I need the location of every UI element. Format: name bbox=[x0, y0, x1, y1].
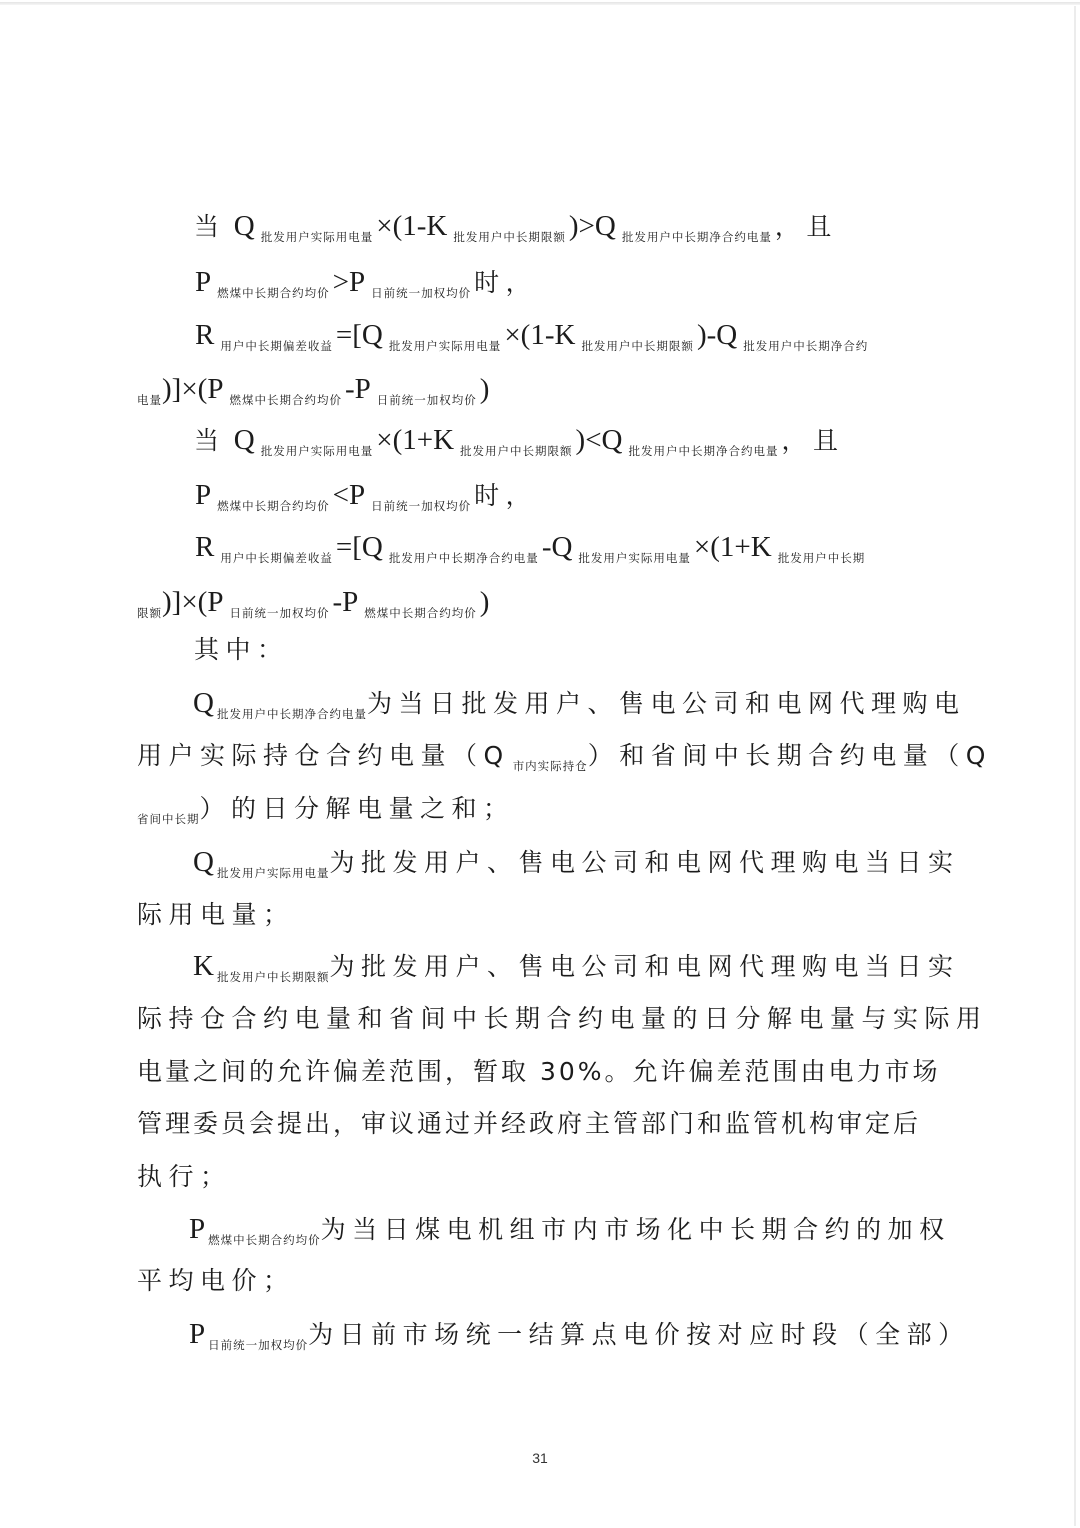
definition-p-coal-contract-line-1: P燃煤中长期合约均价为当日煤电机组市内市场化中长期合约的加权 bbox=[189, 1212, 951, 1257]
definition-k-limit-line-1: K批发用户中长期限额为批发用户、售电公司和电网代理购电当日实 bbox=[193, 949, 959, 994]
definition-k-limit-line-4: 管理委员会提出，审议通过并经政府主管部门和监管机构审定后 bbox=[137, 1107, 921, 1141]
page-number: 31 bbox=[0, 1450, 1080, 1466]
definition-q-actual-usage-line-2: 际用电量； bbox=[137, 898, 295, 932]
condition-2-line-2: P燃煤中长期合约均价<P日前统一加权均价时， bbox=[195, 478, 537, 523]
scan-border-top bbox=[0, 2, 1080, 5]
definition-q-net-contract-line-1: Q批发用户中长期净合约电量为当日批发用户、售电公司和电网代理购电 bbox=[193, 686, 965, 731]
definition-k-limit-line-2: 际持仓合约电量和省间中长期合约电量的日分解电量与实际用 bbox=[137, 1002, 988, 1036]
definition-p-day-ahead-line-1: P日前统一加权均价为日前市场统一结算点电价按对应时段（全部） bbox=[189, 1317, 970, 1362]
formula-2-line-1: R用户中长期偏差收益=[Q批发用户中长期净合约电量-Q批发用户实际用电量×(1+… bbox=[195, 530, 868, 575]
scan-border-right bbox=[1074, 6, 1076, 1526]
formula-1-line-2: 电量)]×(P燃煤中长期合约均价-P日前统一加权均价) bbox=[137, 372, 489, 417]
definition-k-limit-line-3: 电量之间的允许偏差范围，暂取 30%。允许偏差范围由电力市场 bbox=[137, 1055, 941, 1089]
condition-2-line-1: 当 Q批发用户实际用电量×(1+K批发用户中长期限额)<Q批发用户中长期净合约电… bbox=[194, 423, 845, 468]
definitions-heading: 其中： bbox=[194, 633, 289, 667]
formula-1-line-1: R用户中长期偏差收益=[Q批发用户实际用电量×(1-K批发用户中长期限额)-Q批… bbox=[195, 318, 871, 363]
formula-2-line-2: 限额)]×(P日前统一加权均价-P燃煤中长期合约均价) bbox=[137, 585, 489, 630]
definition-q-net-contract-line-3: 省间中长期）的日分解电量之和； bbox=[137, 792, 515, 836]
definition-q-net-contract-line-2: 用户实际持仓合约电量（Q市内实际持仓）和省间中长期合约电量（Q bbox=[137, 739, 992, 783]
condition-1-line-2: P燃煤中长期合约均价>P日前统一加权均价时， bbox=[195, 265, 537, 310]
condition-1-line-1: 当 Q批发用户实际用电量×(1-K批发用户中长期限额)>Q批发用户中长期净合约电… bbox=[194, 209, 838, 254]
definition-p-coal-contract-line-2: 平均电价； bbox=[137, 1264, 295, 1298]
definition-k-limit-line-5: 执行； bbox=[137, 1160, 232, 1194]
definition-q-actual-usage-line-1: Q批发用户实际用电量为批发用户、售电公司和电网代理购电当日实 bbox=[193, 845, 959, 890]
